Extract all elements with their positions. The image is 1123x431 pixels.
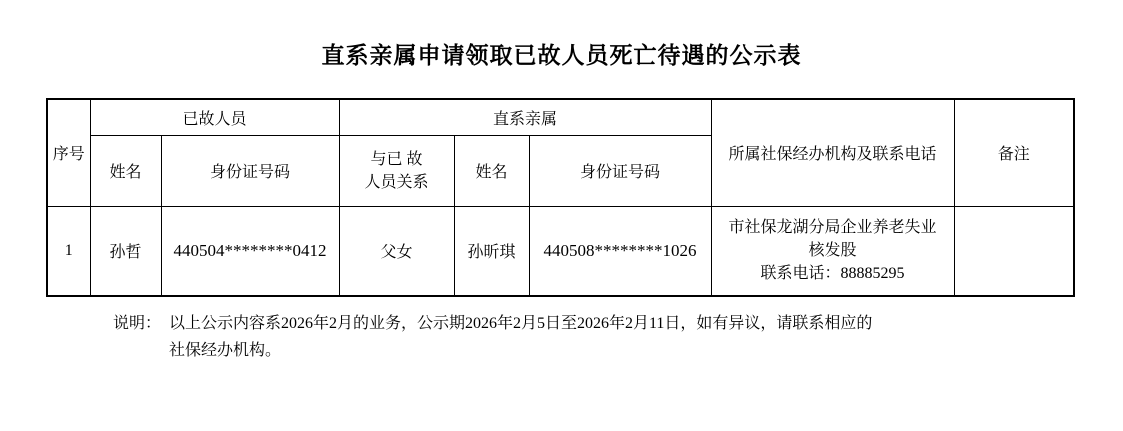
header-row-groups: 序号 已故人员 直系亲属 所属社保经办机构及联系电话 备注 [47,99,1074,135]
col-header-seq: 序号 [47,99,90,206]
table-row: 1 孙哲 440504********0412 父女 孙昕琪 440508***… [47,206,1074,296]
cell-agency: 市社保龙湖分局企业养老失业 核发股 联系电话：88885295 [711,206,954,296]
cell-remark [954,206,1074,296]
note-line-2: 社保经办机构。 [169,337,872,364]
table-header: 序号 已故人员 直系亲属 所属社保经办机构及联系电话 备注 姓名 身份证号码 与… [47,99,1074,206]
col-group-deceased: 已故人员 [90,99,339,135]
col-header-deceased-id: 身份证号码 [161,135,339,206]
cell-deceased-name: 孙哲 [90,206,161,296]
cell-family-name: 孙昕琪 [454,206,529,296]
col-header-relation: 与已 故 人员关系 [339,135,454,206]
notice-page: 直系亲属申请领取已故人员死亡待遇的公示表 序号 已故人员 直系亲属 所属社保经办… [0,0,1123,364]
col-header-family-name: 姓名 [454,135,529,206]
col-header-remark: 备注 [954,99,1074,206]
col-header-deceased-name: 姓名 [90,135,161,206]
cell-seq: 1 [47,206,90,296]
note-text: 以上公示内容系2026年2月的业务，公示期2026年2月5日至2026年2月11… [169,310,872,364]
page-title: 直系亲属申请领取已故人员死亡待遇的公示表 [0,0,1123,70]
cell-family-id: 440508********1026 [529,206,711,296]
cell-relation: 父女 [339,206,454,296]
notice-table: 序号 已故人员 直系亲属 所属社保经办机构及联系电话 备注 姓名 身份证号码 与… [46,98,1075,297]
col-header-family-id: 身份证号码 [529,135,711,206]
note-line-1: 以上公示内容系2026年2月的业务，公示期2026年2月5日至2026年2月11… [169,310,872,337]
note: 说明： 以上公示内容系2026年2月的业务，公示期2026年2月5日至2026年… [113,310,1123,364]
note-label: 说明： [113,310,161,337]
cell-deceased-id: 440504********0412 [161,206,339,296]
col-group-family: 直系亲属 [339,99,711,135]
col-header-agency: 所属社保经办机构及联系电话 [711,99,954,206]
table-body: 1 孙哲 440504********0412 父女 孙昕琪 440508***… [47,206,1074,296]
